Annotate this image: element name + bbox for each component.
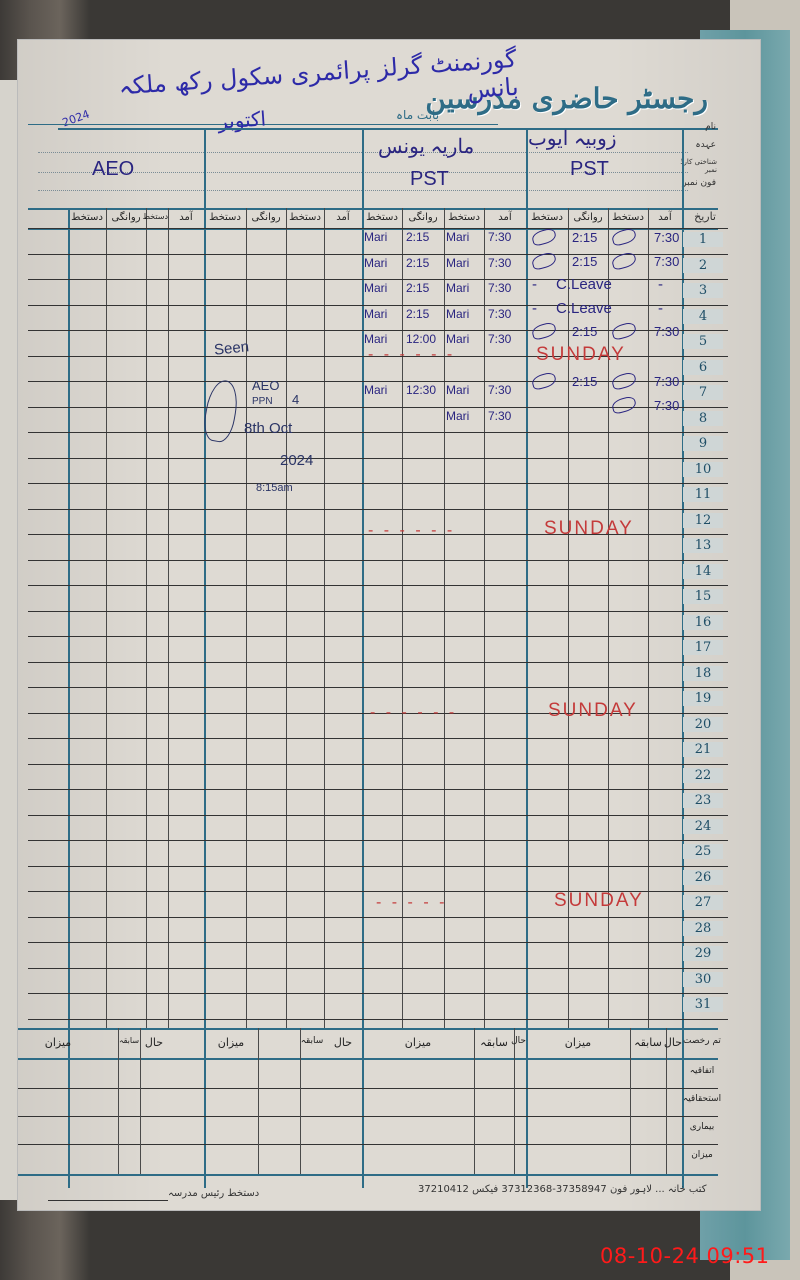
- date-cell: 29: [683, 946, 723, 961]
- t2-d4-arrival: 7:30: [488, 307, 511, 321]
- t2-d3-sign-out: Mari: [364, 281, 387, 295]
- summary-col-total: میزان: [526, 1036, 630, 1049]
- summary-col-current: حال: [514, 1036, 526, 1046]
- col-departure: روانگی: [246, 212, 286, 223]
- date-cell: 18: [683, 666, 723, 681]
- aeo-initials: PPN: [252, 396, 273, 407]
- month-label: بابت ماہ: [396, 108, 439, 122]
- teacher-1-designation: PST: [570, 158, 609, 181]
- label-id-card: شناختی کارڈ نمبر: [673, 158, 717, 174]
- summary-corner: تم رخصت: [682, 1036, 722, 1046]
- t2-d7-sign-in: Mari: [446, 383, 469, 397]
- date-cell: 8: [683, 411, 723, 426]
- t1-d3-dash: -: [658, 276, 663, 293]
- t2-d7-departure: 12:30: [406, 383, 436, 397]
- date-cell: 26: [683, 870, 723, 885]
- signature-icon: [612, 230, 636, 247]
- summary-col-current: حال: [140, 1036, 168, 1049]
- t2-d1-sign-in: Mari: [446, 230, 469, 244]
- t1-d2-departure: 2:15: [572, 254, 597, 269]
- t2-d5-arrival: 7:30: [488, 332, 511, 346]
- date-cell: 14: [683, 564, 723, 579]
- t2-d2-sign-out: Mari: [364, 256, 387, 270]
- sunday-dashes: - - - - - -: [368, 522, 455, 540]
- col-sign: دستخط: [526, 212, 568, 223]
- aeo-day: 4: [292, 392, 299, 407]
- t1-d7-departure: 2:15: [572, 374, 597, 389]
- summary-col-total: میزان: [28, 1036, 88, 1049]
- col-departure: روانگی: [106, 212, 146, 223]
- t1-d1-departure: 2:15: [572, 230, 597, 245]
- t1-d4-dash: -: [532, 300, 537, 317]
- date-cell: 13: [683, 538, 723, 553]
- teacher-2-designation: PST: [410, 168, 449, 191]
- col-arrival: آمد: [168, 212, 204, 223]
- sunday-mark: SUNDAY: [554, 890, 644, 912]
- col-sign: دستخط: [608, 212, 648, 223]
- date-cell: 20: [683, 717, 723, 732]
- t2-d5-sign-out: Mari: [364, 332, 387, 346]
- col-departure: روانگی: [568, 212, 608, 223]
- t2-d1-arrival: 7:30: [488, 230, 511, 244]
- date-cell: 30: [683, 972, 723, 987]
- aeo-date: 8th Oct: [244, 420, 292, 437]
- t2-d3-departure: 2:15: [406, 281, 429, 295]
- signature-icon: [532, 374, 556, 391]
- col-arrival: آمد: [324, 212, 362, 223]
- date-cell: 17: [683, 640, 723, 655]
- t1-d5-departure: 2:15: [572, 324, 597, 339]
- t2-d8-sign-in: Mari: [446, 409, 469, 423]
- summary-row-total: میزان: [682, 1150, 722, 1160]
- col-departure: روانگی: [402, 212, 444, 223]
- t2-d3-sign-in: Mari: [446, 281, 469, 295]
- t1-d5-arrival: 7:30: [654, 324, 679, 339]
- col-sign: دستخط: [444, 212, 484, 223]
- date-cell: 22: [683, 768, 723, 783]
- aeo-title: AEO: [252, 378, 279, 393]
- signature-icon: [532, 324, 556, 341]
- label-name: نام: [680, 122, 716, 132]
- date-cell: 25: [683, 844, 723, 859]
- t2-d7-sign-out: Mari: [364, 383, 387, 397]
- t2-d2-arrival: 7:30: [488, 256, 511, 270]
- t2-d8-arrival: 7:30: [488, 409, 511, 423]
- t2-d4-departure: 2:15: [406, 307, 429, 321]
- t2-d7-arrival: 7:30: [488, 383, 511, 397]
- t1-d1-arrival: 7:30: [654, 230, 679, 245]
- signature-icon: [612, 374, 636, 391]
- aeo-seen: Seen: [213, 338, 250, 359]
- aeo-time: 8:15am: [256, 482, 293, 494]
- signature-icon: [612, 398, 636, 415]
- summary-col-previous: سابقہ: [118, 1036, 140, 1045]
- t1-d3-note: C.Leave: [556, 276, 612, 293]
- summary-row-sick: بیماری: [682, 1122, 722, 1132]
- label-phone: فون نمبر: [680, 178, 716, 188]
- t1-d4-dash: -: [658, 300, 663, 317]
- col-sign: دستخط: [146, 212, 168, 221]
- t1-d4-note: C.Leave: [556, 300, 612, 317]
- t2-d2-sign-in: Mari: [446, 256, 469, 270]
- t2-d1-departure: 2:15: [406, 230, 429, 244]
- date-cell: 10: [683, 462, 723, 477]
- t2-d4-sign-out: Mari: [364, 307, 387, 321]
- date-cell: 7: [683, 385, 723, 400]
- signature-icon: [532, 230, 556, 247]
- date-cell: 4: [683, 309, 723, 324]
- date-cell: 28: [683, 921, 723, 936]
- t2-d1-sign-out: Mari: [364, 230, 387, 244]
- register-page: رجسٹر حاضری مدرسین گورنمنٹ گرلز پرائمری …: [18, 40, 760, 1210]
- signature-icon: [612, 254, 636, 271]
- col-sign: دستخط: [362, 212, 402, 223]
- date-cell: 15: [683, 589, 723, 604]
- month-value: اکتوبر: [217, 106, 267, 133]
- sunday-mark: SUNDAY: [544, 518, 634, 540]
- t2-d5-sign-in: Mari: [446, 332, 469, 346]
- signature-icon: [532, 254, 556, 271]
- sunday-mark: SUNDAY: [536, 344, 626, 366]
- label-designation: عہدہ: [680, 140, 716, 150]
- teacher-2-name: ماریہ یونس: [378, 134, 474, 159]
- camera-timestamp: 08-10-24 09:51: [600, 1244, 770, 1268]
- date-cell: 24: [683, 819, 723, 834]
- summary-col-previous: سابقہ: [630, 1036, 666, 1049]
- t2-d3-arrival: 7:30: [488, 281, 511, 295]
- sunday-mark: SUNDAY: [548, 700, 638, 722]
- summary-col-total: میزان: [362, 1036, 474, 1049]
- summary-col-previous: سابقہ: [474, 1036, 514, 1049]
- col-sign: دستخط: [68, 212, 106, 223]
- t1-d2-arrival: 7:30: [654, 254, 679, 269]
- date-cell: 16: [683, 615, 723, 630]
- date-cell: 9: [683, 436, 723, 451]
- sunday-dashes: - - - - -: [376, 894, 447, 912]
- t2-d2-departure: 2:15: [406, 256, 429, 270]
- principal-signature-label: دستخط رئیس مدرسہ: [168, 1188, 259, 1199]
- aeo-year: 2024: [280, 452, 313, 469]
- summary-col-current: حال: [666, 1036, 682, 1049]
- t1-d8-arrival: 7:30: [654, 398, 679, 413]
- summary-col-total: میزان: [204, 1036, 258, 1049]
- publisher-line: کتب خانہ ... لاہور فون 37358947-37312368…: [418, 1184, 707, 1195]
- date-cell: 2: [683, 258, 723, 273]
- col-sign: دستخط: [204, 212, 246, 223]
- date-cell: 6: [683, 360, 723, 375]
- date-cell: 11: [683, 487, 723, 502]
- col-arrival: آمد: [484, 212, 526, 223]
- col-arrival: آمد: [648, 212, 682, 223]
- col-sign: دستخط: [286, 212, 324, 223]
- date-cell: 1: [683, 232, 723, 247]
- date-cell: 19: [683, 691, 723, 706]
- date-cell: 23: [683, 793, 723, 808]
- date-cell: 27: [683, 895, 723, 910]
- date-cell: 5: [683, 334, 723, 349]
- date-cell: 3: [683, 283, 723, 298]
- date-cell: 21: [683, 742, 723, 757]
- sunday-dashes: - - - - - -: [368, 346, 455, 364]
- t2-d5-departure: 12:00: [406, 332, 436, 346]
- t1-d3-dash: -: [532, 276, 537, 293]
- t1-d7-arrival: 7:30: [654, 374, 679, 389]
- signature-icon: [612, 324, 636, 341]
- teacher-4-designation: AEO: [92, 158, 134, 181]
- date-cell: 31: [683, 997, 723, 1012]
- summary-row-earned: استحقاقیہ: [682, 1094, 722, 1104]
- sunday-dashes: - - - - - -: [370, 704, 457, 722]
- label-date: تاریخ: [680, 210, 716, 223]
- teacher-1-name: زوبیہ ایوب: [528, 126, 616, 151]
- summary-row-casual: اتفاقیہ: [682, 1066, 722, 1076]
- summary-col-previous: سابقہ: [300, 1036, 324, 1046]
- t2-d4-sign-in: Mari: [446, 307, 469, 321]
- date-cell: 12: [683, 513, 723, 528]
- summary-col-current: حال: [324, 1036, 362, 1049]
